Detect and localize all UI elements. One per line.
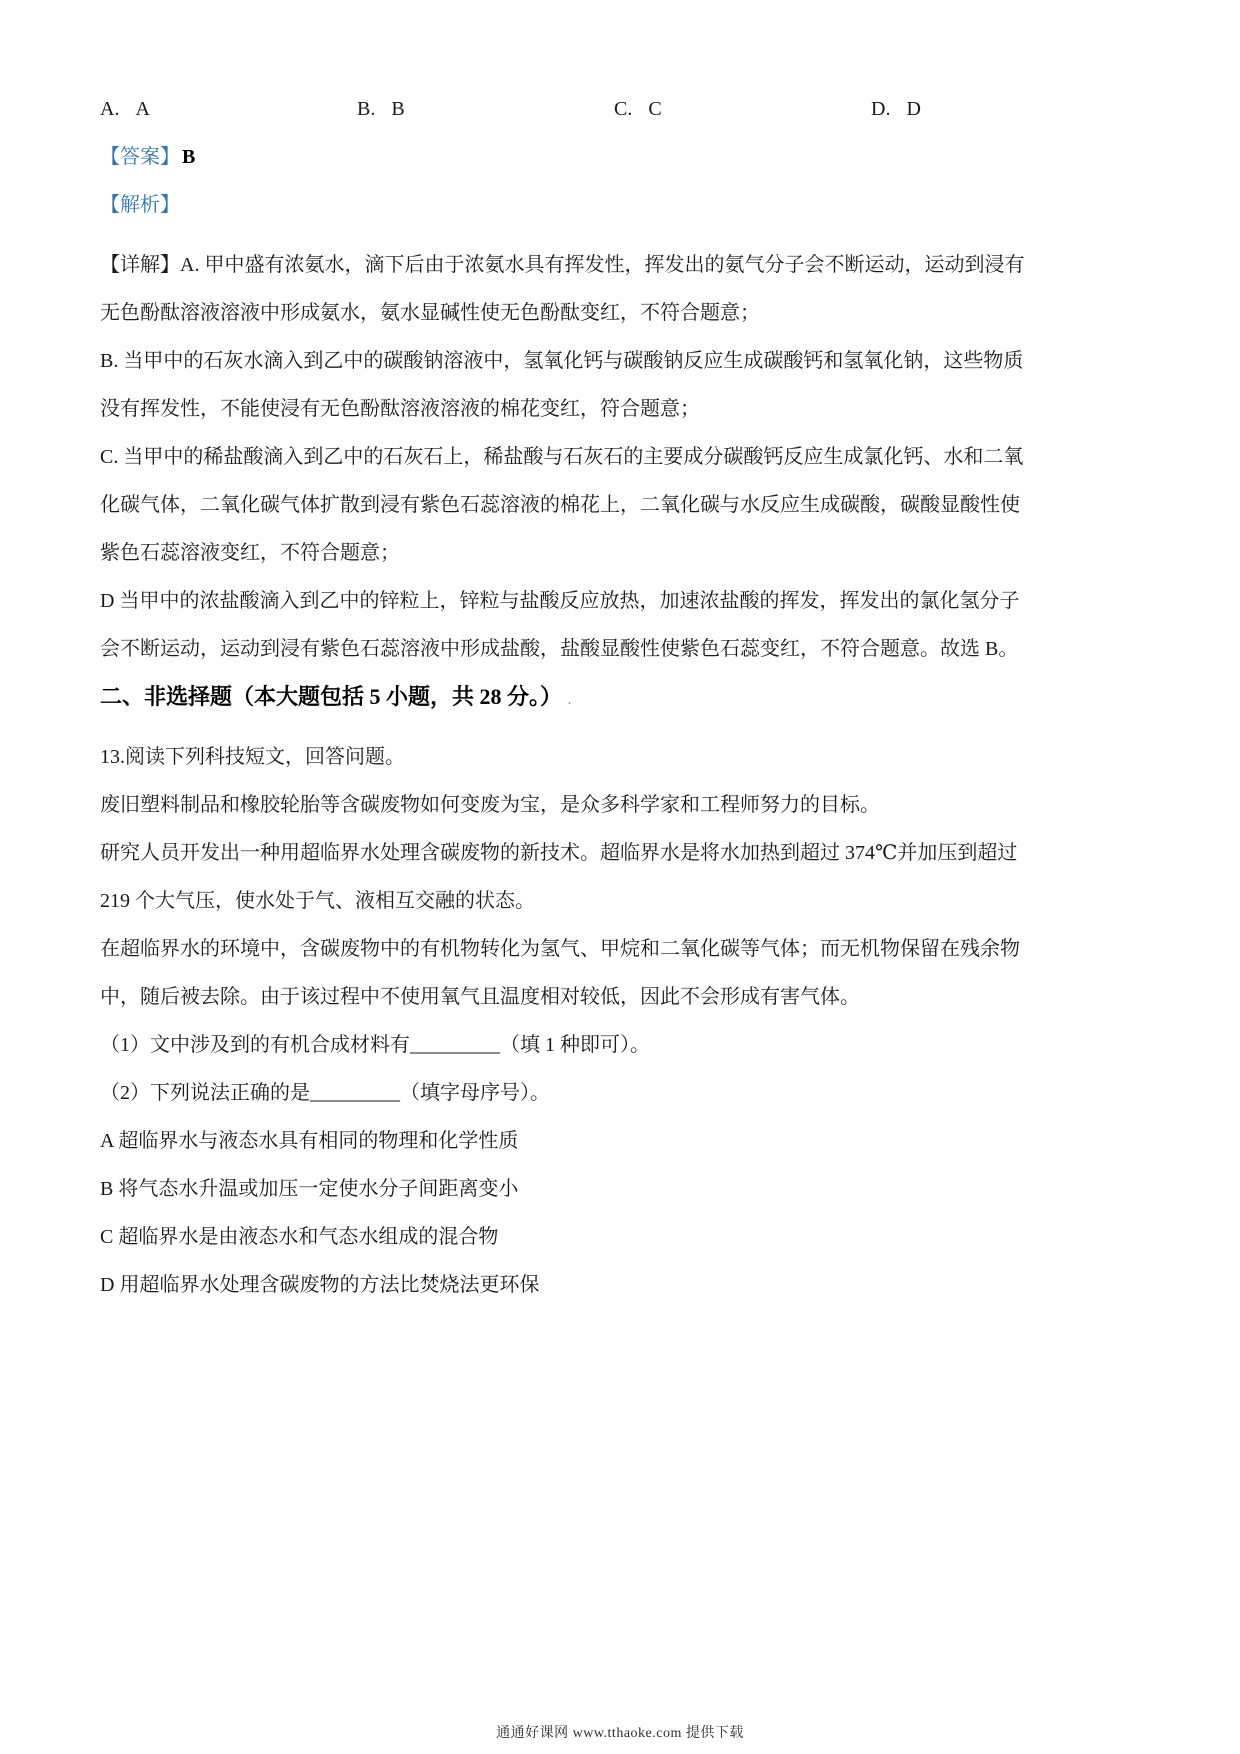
passage-line: 中，随后被去除。由于该过程中不使用氧气且温度相对较低，因此不会形成有害气体。 (100, 973, 1152, 1021)
q13-option-d: D 用超临界水处理含碳废物的方法比焚烧法更环保 (100, 1261, 1152, 1309)
answer-line: 【答案】B (100, 133, 1152, 181)
page-footer: 通通好课网 www.tthaoke.com 提供下载 (0, 1722, 1240, 1742)
mc-option-b-key: B. (357, 85, 375, 133)
mc-option-c: C. C (614, 85, 871, 133)
mc-option-b: B. B (357, 85, 614, 133)
mc-option-d-key: D. (871, 85, 890, 133)
passage-line: 废旧塑料制品和橡胶轮胎等含碳废物如何变废为宝，是众多科学家和工程师努力的目标。 (100, 781, 1152, 829)
detail-line: 没有挥发性，不能使浸有无色酚酞溶液溶液的棉花变红，符合题意； (100, 385, 1152, 433)
answer-value: B (182, 146, 195, 168)
section-header: 二、非选择题（本大题包括 5 小题，共 28 分。）. (100, 673, 1152, 721)
detail-line: 会不断运动，运动到浸有紫色石蕊溶液中形成盐酸，盐酸显酸性使紫色石蕊变红，不符合题… (100, 625, 1152, 673)
detail-line: D 当甲中的浓盐酸滴入到乙中的锌粒上，锌粒与盐酸反应放热，加速浓盐酸的挥发，挥发… (100, 577, 1152, 625)
q13-option-b: B 将气态水升温或加压一定使水分子间距离变小 (100, 1165, 1152, 1213)
section-header-title: 二、非选择题（本大题包括 5 小题，共 28 分。） (100, 684, 562, 709)
analysis-label: 【解析】 (100, 194, 180, 216)
mc-option-d: D. D (871, 85, 1128, 133)
detail-line: 无色酚酞溶液溶液中形成氨水，氨水显碱性使无色酚酞变红，不符合题意； (100, 289, 1152, 337)
detail-line: 紫色石蕊溶液变红，不符合题意； (100, 529, 1152, 577)
q13-option-c: C 超临界水是由液态水和气态水组成的混合物 (100, 1213, 1152, 1261)
passage-line: 研究人员开发出一种用超临界水处理含碳废物的新技术。超临界水是将水加热到超过 37… (100, 829, 1152, 877)
mc-options-row: A. A B. B C. C D. D (100, 85, 1152, 133)
question-13-stem: 13.阅读下列科技短文，回答问题。 (100, 733, 1152, 781)
mc-option-c-key: C. (614, 85, 632, 133)
mc-option-d-value: D (906, 85, 920, 133)
mc-option-a: A. A (100, 85, 357, 133)
subquestion-2: （2）下列说法正确的是_________（填字母序号）。 (100, 1069, 1152, 1117)
detail-line: 化碳气体，二氧化碳气体扩散到浸有紫色石蕊溶液的棉花上，二氧化碳与水反应生成碳酸，… (100, 481, 1152, 529)
document-page: A. A B. B C. C D. D 【答案】B 【解析】 【详解】A. 甲中… (0, 0, 1240, 1754)
mc-option-c-value: C (648, 85, 661, 133)
question-13: 13.阅读下列科技短文，回答问题。 废旧塑料制品和橡胶轮胎等含碳废物如何变废为宝… (100, 733, 1152, 1309)
detail-line: B. 当甲中的石灰水滴入到乙中的碳酸钠溶液中，氢氧化钙与碳酸钠反应生成碳酸钙和氢… (100, 337, 1152, 385)
passage-line: 219 个大气压，使水处于气、液相互交融的状态。 (100, 877, 1152, 925)
analysis-line: 【解析】 (100, 181, 1152, 229)
section-header-mark: . (568, 676, 571, 724)
detail-explanation: 【详解】A. 甲中盛有浓氨水，滴下后由于浓氨水具有挥发性，挥发出的氨气分子会不断… (100, 241, 1152, 673)
mc-option-a-value: A (135, 85, 149, 133)
detail-line: C. 当甲中的稀盐酸滴入到乙中的石灰石上，稀盐酸与石灰石的主要成分碳酸钙反应生成… (100, 433, 1152, 481)
answer-label: 【答案】 (100, 146, 180, 168)
detail-line: 【详解】A. 甲中盛有浓氨水，滴下后由于浓氨水具有挥发性，挥发出的氨气分子会不断… (100, 241, 1152, 289)
q13-option-a: A 超临界水与液态水具有相同的物理和化学性质 (100, 1117, 1152, 1165)
mc-option-b-value: B (391, 85, 404, 133)
passage-line: 在超临界水的环境中，含碳废物中的有机物转化为氢气、甲烷和二氧化碳等气体；而无机物… (100, 925, 1152, 973)
mc-option-a-key: A. (100, 85, 119, 133)
subquestion-1: （1）文中涉及到的有机合成材料有_________（填 1 种即可）。 (100, 1021, 1152, 1069)
